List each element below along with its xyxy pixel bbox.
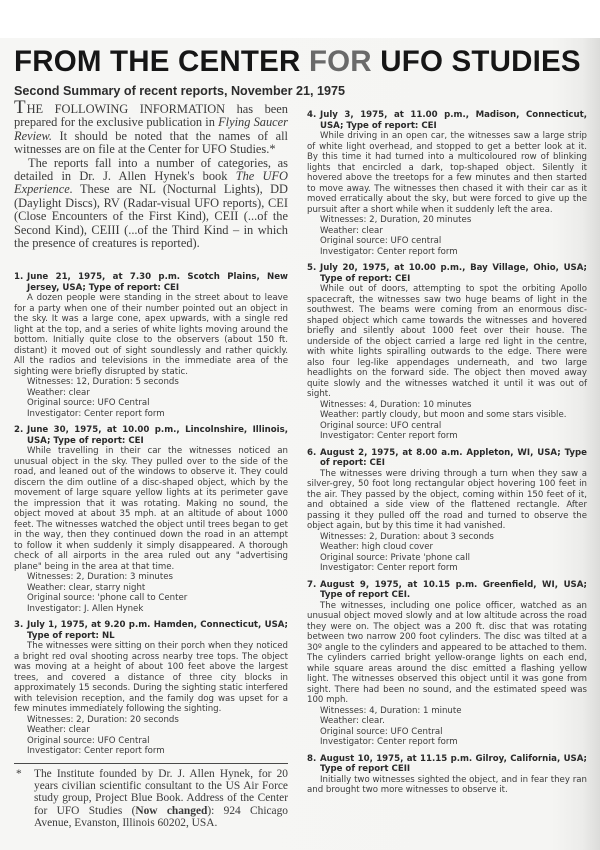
report-details: Witnesses: 2, Duration: 20 seconds Weath… — [14, 715, 288, 757]
report-heading: 6.August 2, 1975, at 8.00 a.m. Appleton,… — [307, 448, 587, 469]
report-5: 5.July 20, 1975, at 10.00 p.m., Bay Vill… — [307, 263, 587, 442]
report-heading-text: August 10, 1975, at 11.15 p.m. Gilroy, C… — [320, 754, 587, 775]
right-column: 4.July 3, 1975, at 11.00 p.m., Madison, … — [307, 110, 587, 802]
report-details: Witnesses: 12, Duration: 5 seconds Weath… — [14, 377, 288, 419]
title-part-3: UFO STUDIES — [380, 45, 581, 78]
report-heading-text: July 20, 1975, at 10.00 p.m., Bay Villag… — [320, 263, 587, 284]
intro-text: It should be noted that the names of all… — [14, 129, 288, 156]
investigator: Investigator: Center report form — [320, 563, 587, 574]
weather: Weather: clear. — [320, 716, 587, 727]
report-4: 4.July 3, 1975, at 11.00 p.m., Madison, … — [307, 110, 587, 257]
report-details: Witnesses: 2, Duration, 20 minutes Weath… — [307, 215, 587, 257]
footnote-emphasis: Now changed — [135, 805, 207, 817]
page-top-margin — [0, 0, 600, 38]
report-heading-text: July 1, 1975, at 9.20 p.m. Hamden, Conne… — [27, 620, 288, 641]
report-heading: 3.July 1, 1975, at 9.20 p.m. Hamden, Con… — [14, 620, 288, 641]
report-heading: 1.June 21, 1975, at 7.30 p.m. Scotch Pla… — [14, 272, 288, 293]
original-source: Original source: UFO Central — [27, 736, 288, 747]
report-body: The witnesses were driving through a tur… — [307, 469, 587, 532]
report-3: 3.July 1, 1975, at 9.20 p.m. Hamden, Con… — [14, 620, 288, 757]
intro-paragraph-2: The reports fall into a number of catego… — [14, 157, 288, 251]
title-part-2: FOR — [309, 45, 372, 78]
footnote: * The Institute founded by Dr. J. Allen … — [14, 768, 288, 829]
report-number: 8. — [307, 754, 320, 765]
report-number: 2. — [14, 425, 27, 436]
report-body: While driving in an open car, the witnes… — [307, 131, 587, 215]
witnesses-duration: Witnesses: 12, Duration: 5 seconds — [27, 377, 288, 388]
witnesses-duration: Witnesses: 4, Duration: 10 minutes — [320, 400, 587, 411]
report-number: 7. — [307, 580, 320, 591]
witnesses-duration: Witnesses: 4, Duration: 1 minute — [320, 706, 587, 717]
report-heading: 2.June 30, 1975, at 10.00 p.m., Lincolns… — [14, 425, 288, 446]
weather: Weather: clear — [27, 388, 288, 399]
investigator: Investigator: Center report form — [320, 247, 587, 258]
original-source: Original source: UFO Central — [320, 727, 587, 738]
report-heading-text: August 9, 1975, at 10.15 p.m. Greenfield… — [320, 580, 587, 601]
report-body: While out of doors, attempting to spot t… — [307, 284, 587, 400]
report-7: 7.August 9, 1975, at 10.15 p.m. Greenfie… — [307, 580, 587, 748]
intro: THE FOLLOWING INFORMATION has been prepa… — [14, 103, 288, 250]
investigator: Investigator: Center report form — [27, 409, 288, 420]
witnesses-duration: Witnesses: 2, Duration, 20 minutes — [320, 215, 587, 226]
footnote-marker: * — [16, 768, 22, 780]
original-source: Original source: UFO central — [320, 236, 587, 247]
page-title: FROM THE CENTER FOR UFO STUDIES — [14, 47, 581, 77]
original-source: Original source: UFO central — [320, 421, 587, 432]
report-number: 4. — [307, 110, 320, 121]
report-heading-text: August 2, 1975, at 8.00 a.m. Appleton, W… — [320, 448, 587, 469]
report-heading: 8.August 10, 1975, at 11.15 p.m. Gilroy,… — [307, 754, 587, 775]
report-8: 8.August 10, 1975, at 11.15 p.m. Gilroy,… — [307, 754, 587, 796]
investigator: Investigator: Center report form — [27, 746, 288, 757]
report-6: 6.August 2, 1975, at 8.00 a.m. Appleton,… — [307, 448, 587, 574]
report-number: 1. — [14, 272, 27, 283]
weather: Weather: high cloud cover — [320, 542, 587, 553]
left-column: THE FOLLOWING INFORMATION has been prepa… — [14, 103, 288, 829]
witnesses-duration: Witnesses: 2, Duration: about 3 seconds — [320, 532, 587, 543]
report-details: Witnesses: 2, Duration: 3 minutes Weathe… — [14, 572, 288, 614]
original-source: Original source: 'phone call to Center — [27, 593, 288, 604]
report-number: 5. — [307, 263, 320, 274]
report-heading-text: June 21, 1975, at 7.30 p.m. Scotch Plain… — [27, 272, 288, 293]
report-details: Witnesses: 4, Duration: 10 minutes Weath… — [307, 400, 587, 442]
title-part-1: FROM THE CENTER — [14, 45, 301, 78]
report-body: Initially two witnesses sighted the obje… — [307, 775, 587, 796]
report-details: Witnesses: 4, Duration: 1 minute Weather… — [307, 706, 587, 748]
report-number: 6. — [307, 448, 320, 459]
magazine-page: FROM THE CENTER FOR UFO STUDIES Second S… — [0, 0, 600, 850]
report-body: While travelling in their car the witnes… — [14, 446, 288, 572]
witnesses-duration: Witnesses: 2, Duration: 3 minutes — [27, 572, 288, 583]
report-number: 3. — [14, 620, 27, 631]
report-body: A dozen people were standing in the stre… — [14, 293, 288, 377]
report-body: The witnesses were sitting on their porc… — [14, 641, 288, 715]
investigator: Investigator: Center report form — [320, 431, 587, 442]
original-source: Original source: Private 'phone call — [320, 553, 587, 564]
witnesses-duration: Witnesses: 2, Duration: 20 seconds — [27, 715, 288, 726]
report-heading: 7.August 9, 1975, at 10.15 p.m. Greenfie… — [307, 580, 587, 601]
original-source: Original source: UFO Central — [27, 398, 288, 409]
weather: Weather: clear, starry night — [27, 583, 288, 594]
report-heading-text: July 3, 1975, at 11.00 p.m., Madison, Co… — [320, 110, 587, 131]
report-2: 2.June 30, 1975, at 10.00 p.m., Lincolns… — [14, 425, 288, 614]
intro-paragraph-1: THE FOLLOWING INFORMATION has been prepa… — [14, 103, 288, 157]
weather: Weather: partly cloudy, but moon and som… — [320, 410, 587, 421]
page-subtitle: Second Summary of recent reports, Novemb… — [14, 84, 345, 98]
footnote-divider — [14, 763, 288, 764]
report-details: Witnesses: 2, Duration: about 3 seconds … — [307, 532, 587, 574]
report-1: 1.June 21, 1975, at 7.30 p.m. Scotch Pla… — [14, 272, 288, 419]
report-heading: 4.July 3, 1975, at 11.00 p.m., Madison, … — [307, 110, 587, 131]
weather: Weather: clear — [27, 725, 288, 736]
investigator: Investigator: Center report form — [320, 737, 587, 748]
report-heading: 5.July 20, 1975, at 10.00 p.m., Bay Vill… — [307, 263, 587, 284]
report-heading-text: June 30, 1975, at 10.00 p.m., Lincolnshi… — [27, 425, 288, 446]
investigator: Investigator: J. Allen Hynek — [27, 604, 288, 615]
report-body: The witnesses, including one police offi… — [307, 601, 587, 706]
weather: Weather: clear — [320, 226, 587, 237]
